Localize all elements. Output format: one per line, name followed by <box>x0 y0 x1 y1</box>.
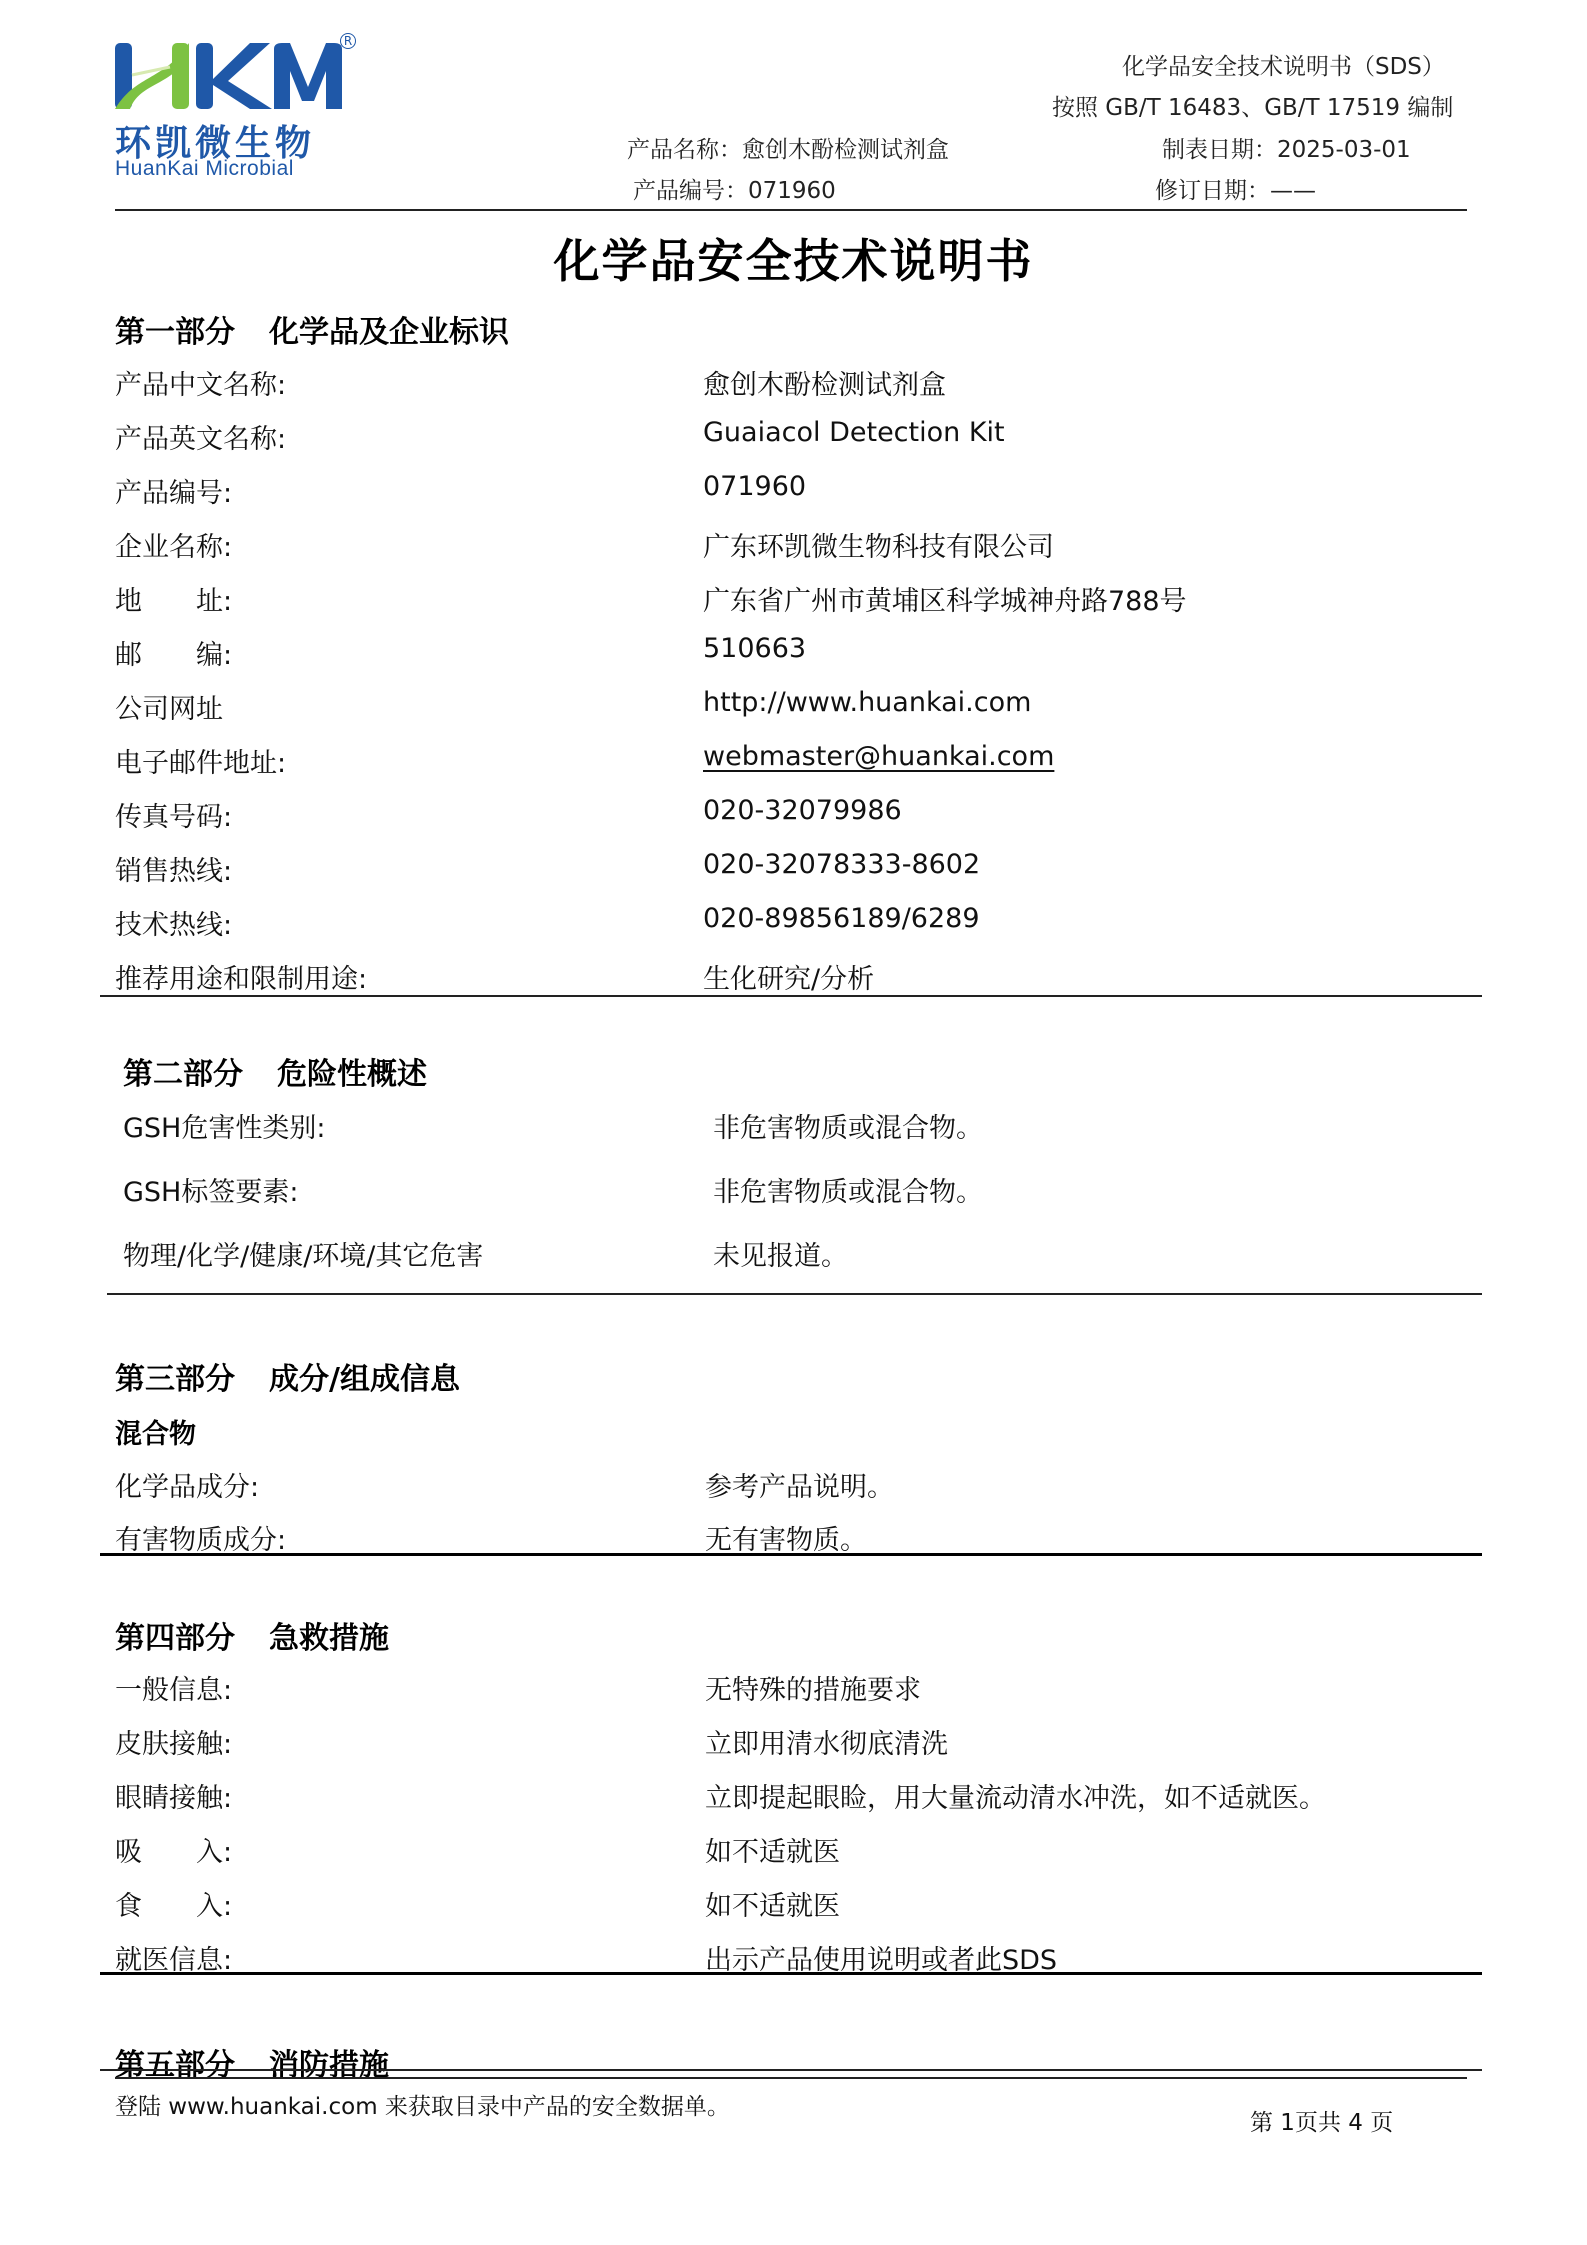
made-date-value: 2025-03-01 <box>1277 137 1411 163</box>
row-value: 020-32078333-8602 <box>703 849 980 880</box>
row-label: 化学品成分: <box>115 1465 259 1504</box>
header-revised-date: 修订日期：—— <box>1155 172 1316 205</box>
revised-date-label: 修订日期： <box>1155 178 1270 204</box>
row-value: 如不适就医 <box>705 1830 840 1869</box>
header-made-date: 制表日期：2025-03-01 <box>1162 131 1411 164</box>
section-1-number: 第一部分 <box>115 315 235 350</box>
row-label: GSH危害性类别: <box>123 1106 325 1145</box>
section-2-divider <box>107 1293 1482 1295</box>
row-label: 传真号码: <box>115 795 232 834</box>
row-label: 技术热线: <box>115 903 232 942</box>
row-value: 510663 <box>703 633 806 664</box>
hkm-logo-mark-icon <box>110 35 345 115</box>
registered-mark: R <box>340 33 356 49</box>
header-divider <box>115 209 1467 211</box>
row-value: Guaiacol Detection Kit <box>703 417 1005 448</box>
section-3-number: 第三部分 <box>115 1362 235 1397</box>
email-row-value: webmaster@huankai.com <box>703 741 1054 772</box>
row-label: 皮肤接触: <box>115 1722 232 1761</box>
section-4-number: 第四部分 <box>115 1621 235 1656</box>
row-value: 如不适就医 <box>705 1884 840 1923</box>
row-value: 立即提起眼睑，用大量流动清水冲洗，如不适就医。 <box>705 1776 1326 1815</box>
logo-english-name: HuanKai Microbial <box>115 157 294 181</box>
section-5-divider <box>100 2069 1482 2071</box>
page-number: 第 1页共 4 页 <box>1250 2104 1393 2137</box>
product-no-label: 产品编号： <box>633 178 748 204</box>
row-label: 邮 编: <box>115 633 232 672</box>
section-3-divider <box>100 1553 1482 1556</box>
doc-standard: 按照 GB/T 16483、GB/T 17519 编制 <box>1052 89 1453 122</box>
row-label: 一般信息: <box>115 1668 232 1707</box>
row-label: 电子邮件地址: <box>115 741 286 780</box>
row-value: 020-32079986 <box>703 795 902 826</box>
row-value: 非危害物质或混合物。 <box>713 1106 983 1145</box>
section-3-title: 成分/组成信息 <box>269 1362 460 1397</box>
row-value: 非危害物质或混合物。 <box>713 1170 983 1209</box>
row-value: 020-89856189/6289 <box>703 903 980 934</box>
revised-date-value: —— <box>1270 178 1316 204</box>
footer-note: 登陆 www.huankai.com 来获取目录中产品的安全数据单。 <box>115 2088 730 2121</box>
section-3-heading: 第三部分成分/组成信息 <box>115 1354 460 1398</box>
company-logo: R 环凯微生物 HuanKai Microbial <box>110 35 350 180</box>
row-value: 广东省广州市黄埔区科学城神舟路788号 <box>703 579 1187 618</box>
row-label: 物理/化学/健康/环境/其它危害 <box>123 1234 483 1273</box>
section-1-title: 化学品及企业标识 <box>269 315 509 350</box>
row-value: 无特殊的措施要求 <box>705 1668 921 1707</box>
row-label: 地 址: <box>115 579 232 618</box>
row-value: 071960 <box>703 471 806 502</box>
row-value: 参考产品说明。 <box>705 1465 894 1504</box>
row-value: 愈创木酚检测试剂盒 <box>703 363 946 402</box>
header-product-name: 产品名称：愈创木酚检测试剂盒 <box>627 131 949 164</box>
row-value: 无有害物质。 <box>705 1518 867 1557</box>
doc-type: 化学品安全技术说明书（SDS） <box>1122 48 1445 81</box>
made-date-label: 制表日期： <box>1162 137 1277 163</box>
section-2-number: 第二部分 <box>123 1057 243 1092</box>
row-value: 未见报道。 <box>713 1234 848 1273</box>
section-2-title: 危险性概述 <box>277 1057 427 1092</box>
header-product-no: 产品编号：071960 <box>633 172 836 205</box>
row-value: 广东环凯微生物科技有限公司 <box>703 525 1054 564</box>
row-label: 眼睛接触: <box>115 1776 232 1815</box>
row-label: 食 入: <box>115 1884 232 1923</box>
section-2-heading: 第二部分危险性概述 <box>123 1049 427 1093</box>
row-label: 推荐用途和限制用途: <box>115 957 367 996</box>
row-label: GSH标签要素: <box>123 1170 298 1209</box>
row-value: 生化研究/分析 <box>703 957 874 996</box>
row-label: 销售热线: <box>115 849 232 888</box>
page-title: 化学品安全技术说明书 <box>0 225 1587 291</box>
product-no-value: 071960 <box>748 178 836 204</box>
email-link[interactable]: webmaster@huankai.com <box>703 741 1054 772</box>
section-4-divider <box>100 1972 1482 1975</box>
website-link[interactable]: http://www.huankai.com <box>703 687 1031 718</box>
section-1-heading: 第一部分化学品及企业标识 <box>115 307 509 351</box>
section-1-divider <box>100 995 1482 997</box>
row-label: 产品中文名称: <box>115 363 286 402</box>
row-label: 公司网址 <box>115 687 223 726</box>
row-label: 产品编号: <box>115 471 232 510</box>
product-name-value: 愈创木酚检测试剂盒 <box>742 137 949 163</box>
section-4-title: 急救措施 <box>269 1621 389 1656</box>
row-label: 产品英文名称: <box>115 417 286 456</box>
product-name-label: 产品名称： <box>627 137 742 163</box>
row-value: 立即用清水彻底清洗 <box>705 1722 948 1761</box>
section-4-heading: 第四部分急救措施 <box>115 1613 389 1657</box>
row-label: 企业名称: <box>115 525 232 564</box>
section-3-subheading: 混合物 <box>115 1412 196 1451</box>
footer-divider <box>115 2077 1467 2079</box>
row-label: 吸 入: <box>115 1830 232 1869</box>
row-label: 有害物质成分: <box>115 1518 286 1557</box>
